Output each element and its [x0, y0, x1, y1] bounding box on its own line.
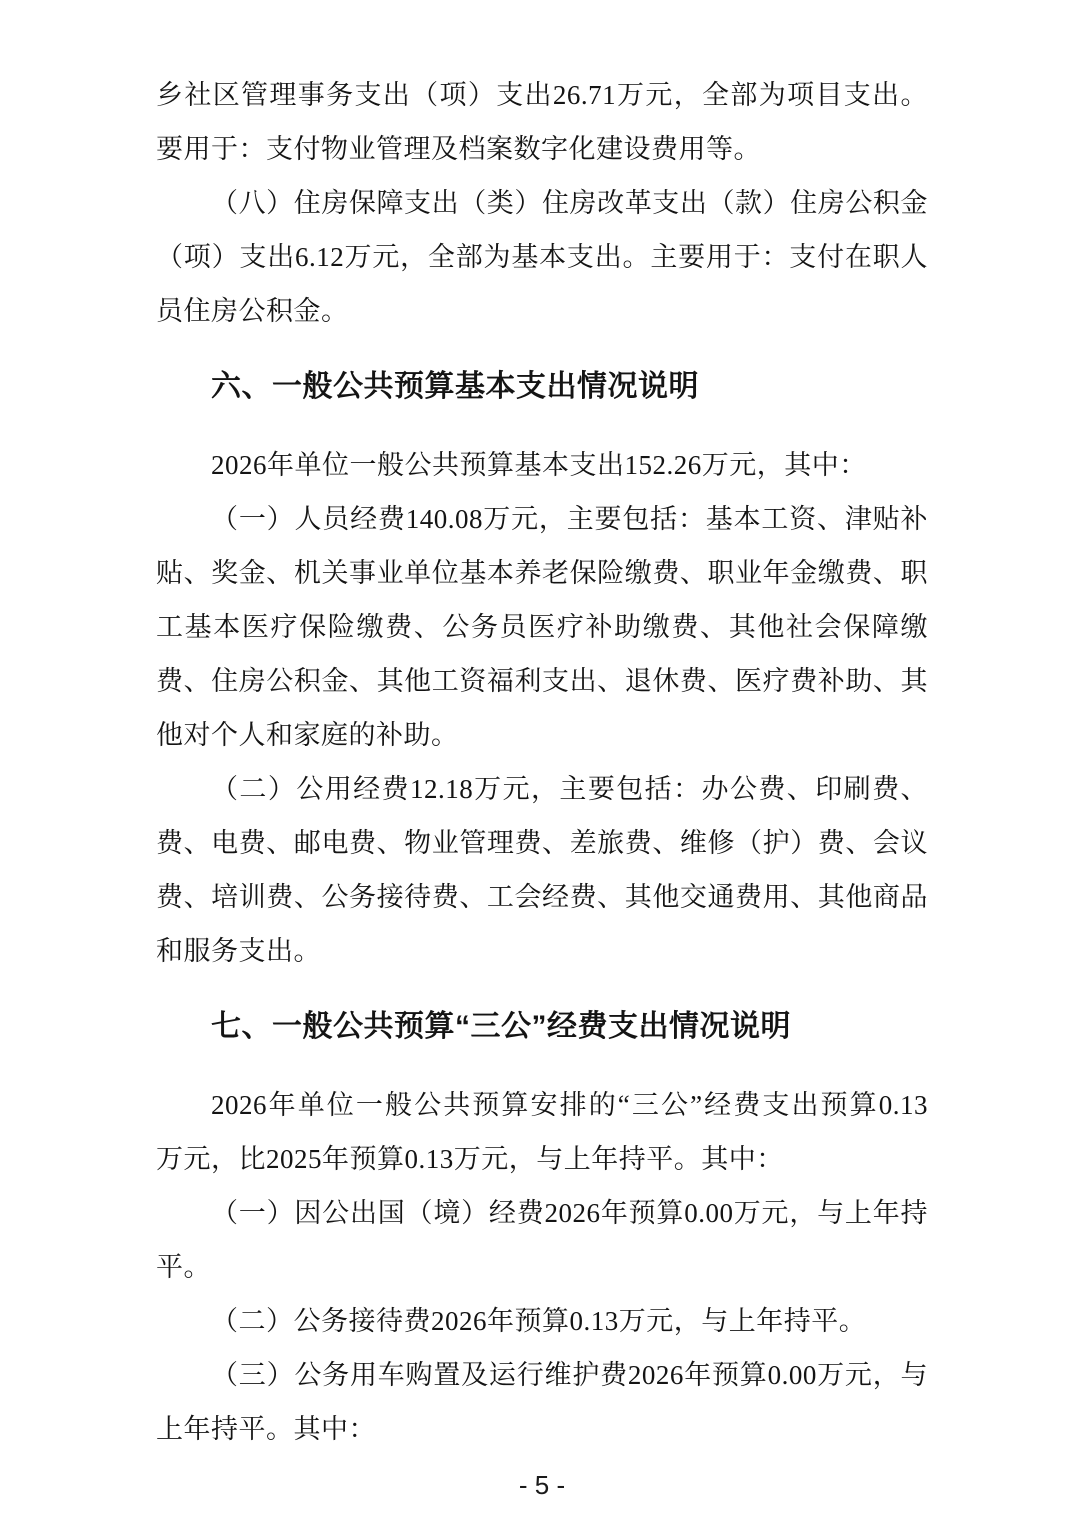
text-line: （八）住房保障支出（类）住房改革支出（款）住房公积金: [156, 176, 928, 230]
text-line: （一）人员经费140.08万元，主要包括：基本工资、津贴补: [156, 492, 928, 546]
text-line: 他对个人和家庭的补助。: [156, 708, 928, 762]
paragraph-official-reception: （二）公务接待费2026年预算0.13万元，与上年持平。: [156, 1294, 928, 1348]
paragraph-official-vehicles: （三）公务用车购置及运行维护费2026年预算0.00万元，与 上年持平。其中：: [156, 1348, 928, 1456]
text-line: 工基本医疗保险缴费、公务员医疗补助缴费、其他社会保障缴: [156, 600, 928, 654]
text-line: 贴、奖金、机关事业单位基本养老保险缴费、职业年金缴费、职: [156, 546, 928, 600]
paragraph-personnel-funds: （一）人员经费140.08万元，主要包括：基本工资、津贴补 贴、奖金、机关事业单…: [156, 492, 928, 762]
text-line: （二）公用经费12.18万元，主要包括：办公费、印刷费、水: [156, 762, 928, 816]
text-line: 2026年单位一般公共预算基本支出152.26万元，其中：: [156, 438, 928, 492]
text-line: 费、电费、邮电费、物业管理费、差旅费、维修（护）费、会议: [156, 816, 928, 870]
section-heading-basic-expenditure: 六、一般公共预算基本支出情况说明: [156, 360, 928, 414]
page-number: - 5 -: [156, 1470, 928, 1500]
heading-text: 七、一般公共预算“三公”经费支出情况说明: [156, 1000, 928, 1054]
text-line: 费、住房公积金、其他工资福利支出、退休费、医疗费补助、其: [156, 654, 928, 708]
paragraph-three-public-total: 2026年单位一般公共预算安排的“三公”经费支出预算0.13 万元，比2025年…: [156, 1078, 928, 1186]
paragraph-public-funds: （二）公用经费12.18万元，主要包括：办公费、印刷费、水 费、电费、邮电费、物…: [156, 762, 928, 978]
text-line: （一）因公出国（境）经费2026年预算0.00万元，与上年持: [156, 1186, 928, 1240]
text-line: 万元，比2025年预算0.13万元，与上年持平。其中：: [156, 1132, 928, 1186]
text-line: （项）支出6.12万元，全部为基本支出。主要用于：支付在职人: [156, 230, 928, 284]
document-page: 乡社区管理事务支出（项）支出26.71万元，全部为项目支出。主 要用于：支付物业…: [0, 0, 1074, 1520]
text-line: （二）公务接待费2026年预算0.13万元，与上年持平。: [156, 1294, 928, 1348]
text-line: 2026年单位一般公共预算安排的“三公”经费支出预算0.13: [156, 1078, 928, 1132]
text-line: 乡社区管理事务支出（项）支出26.71万元，全部为项目支出。主: [156, 68, 928, 122]
text-line: 平。: [156, 1240, 928, 1294]
text-line: 和服务支出。: [156, 924, 928, 978]
paragraph-housing-security: （八）住房保障支出（类）住房改革支出（款）住房公积金 （项）支出6.12万元，全…: [156, 176, 928, 338]
text-line: 上年持平。其中：: [156, 1402, 928, 1456]
text-line: 要用于：支付物业管理及档案数字化建设费用等。: [156, 122, 928, 176]
paragraph-community-affairs: 乡社区管理事务支出（项）支出26.71万元，全部为项目支出。主 要用于：支付物业…: [156, 68, 928, 176]
text-line: 员住房公积金。: [156, 284, 928, 338]
text-line: （三）公务用车购置及运行维护费2026年预算0.00万元，与: [156, 1348, 928, 1402]
section-heading-three-public-funds: 七、一般公共预算“三公”经费支出情况说明: [156, 1000, 928, 1054]
paragraph-basic-expenditure-total: 2026年单位一般公共预算基本支出152.26万元，其中：: [156, 438, 928, 492]
heading-text: 六、一般公共预算基本支出情况说明: [156, 360, 928, 414]
paragraph-overseas-travel: （一）因公出国（境）经费2026年预算0.00万元，与上年持 平。: [156, 1186, 928, 1294]
text-line: 费、培训费、公务接待费、工会经费、其他交通费用、其他商品: [156, 870, 928, 924]
